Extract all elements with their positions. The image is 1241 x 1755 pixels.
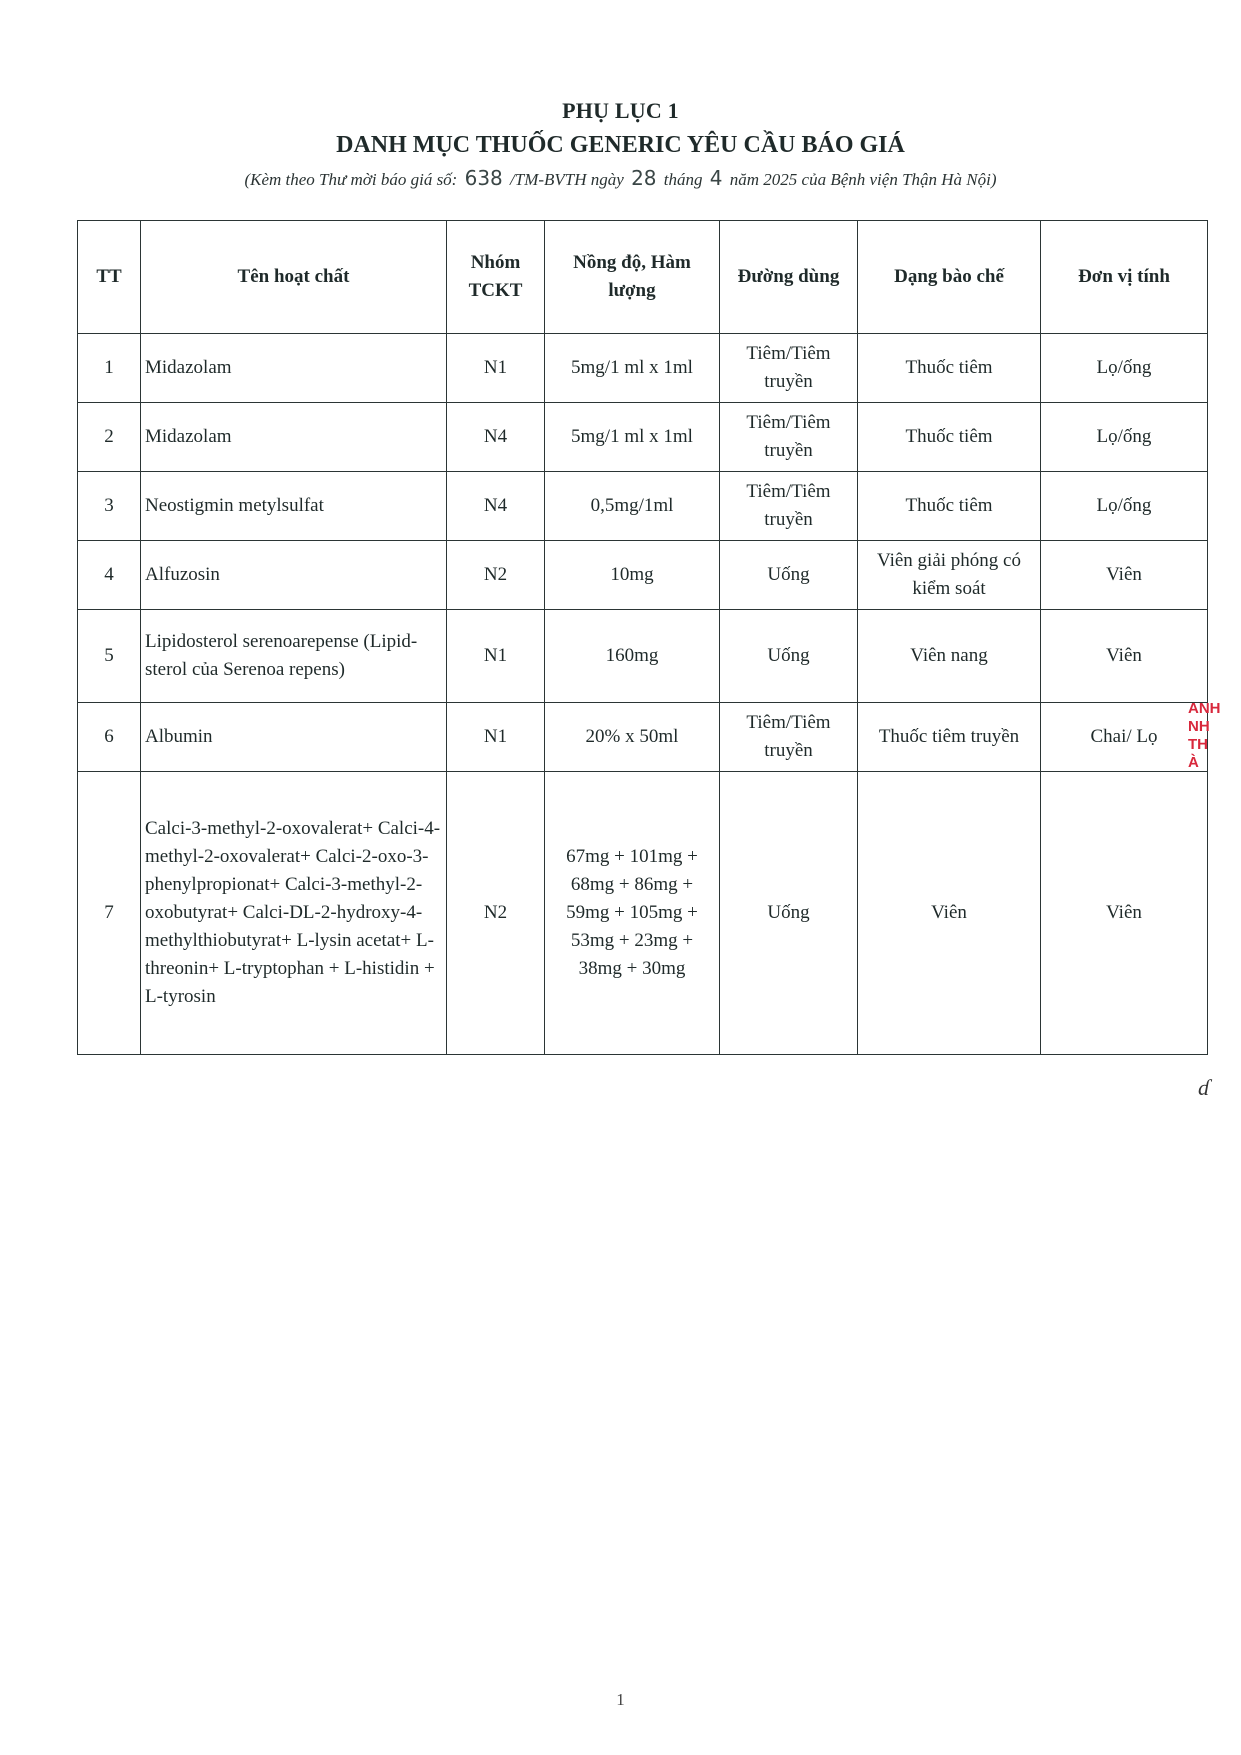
cell-dosage-form: Thuốc tiêm xyxy=(858,472,1041,541)
handwritten-initial: ɗ xyxy=(1198,1075,1209,1101)
cell-strength: 20% x 50ml xyxy=(545,703,720,772)
cell-tt: 7 xyxy=(78,772,141,1055)
cell-route: Tiêm/Tiêm truyền xyxy=(720,472,858,541)
subtitle-prefix: (Kèm theo Thư mời báo giá số: xyxy=(244,170,457,189)
cell-unit: Viên xyxy=(1041,610,1208,703)
cell-tt: 1 xyxy=(78,334,141,403)
drug-list-table: TT Tên hoạt chất Nhóm TCKT Nồng độ, Hàm … xyxy=(77,220,1208,1055)
cell-active-ingredient: Midazolam xyxy=(141,334,447,403)
cell-dosage-form: Viên nang xyxy=(858,610,1041,703)
cell-unit: Viên xyxy=(1041,772,1208,1055)
cell-dosage-form: Thuốc tiêm truyền xyxy=(858,703,1041,772)
document-subtitle: (Kèm theo Thư mời báo giá số: 638 /TM-BV… xyxy=(0,166,1241,190)
header-unit: Đơn vị tính xyxy=(1041,221,1208,334)
cell-route: Tiêm/Tiêm truyền xyxy=(720,403,858,472)
cell-group: N1 xyxy=(447,334,545,403)
cell-group: N2 xyxy=(447,541,545,610)
cell-dosage-form: Thuốc tiêm xyxy=(858,403,1041,472)
cell-active-ingredient: Midazolam xyxy=(141,403,447,472)
cell-strength: 67mg + 101mg + 68mg + 86mg + 59mg + 105m… xyxy=(545,772,720,1055)
cell-active-ingredient: Albumin xyxy=(141,703,447,772)
cell-active-ingredient: Alfuzosin xyxy=(141,541,447,610)
cell-route: Tiêm/Tiêm truyền xyxy=(720,334,858,403)
cell-route: Uống xyxy=(720,610,858,703)
table-row: 5Lipidosterol serenoarepense (Lipid-ster… xyxy=(78,610,1208,703)
cell-route: Tiêm/Tiêm truyền xyxy=(720,703,858,772)
cell-tt: 4 xyxy=(78,541,141,610)
cell-group: N4 xyxy=(447,472,545,541)
document-title: DANH MỤC THUỐC GENERIC YÊU CẦU BÁO GIÁ xyxy=(0,132,1241,159)
cell-tt: 6 xyxy=(78,703,141,772)
cell-route: Uống xyxy=(720,772,858,1055)
table-row: 1MidazolamN15mg/1 ml x 1mlTiêm/Tiêm truy… xyxy=(78,334,1208,403)
table-row: 3Neostigmin metylsulfatN40,5mg/1mlTiêm/T… xyxy=(78,472,1208,541)
cell-unit: Lọ/ống xyxy=(1041,334,1208,403)
table-row: 2MidazolamN45mg/1 ml x 1mlTiêm/Tiêm truy… xyxy=(78,403,1208,472)
handwritten-day: 28 xyxy=(628,166,659,190)
header-tt: TT xyxy=(78,221,141,334)
header-dosage-form: Dạng bào chế xyxy=(858,221,1041,334)
cell-group: N1 xyxy=(447,703,545,772)
cell-strength: 5mg/1 ml x 1ml xyxy=(545,403,720,472)
cell-dosage-form: Viên xyxy=(858,772,1041,1055)
cell-strength: 10mg xyxy=(545,541,720,610)
cell-unit: Lọ/ống xyxy=(1041,472,1208,541)
subtitle-part2: /TM-BVTH ngày xyxy=(510,170,624,189)
subtitle-suffix: năm 2025 của Bệnh viện Thận Hà Nội) xyxy=(730,170,997,189)
header-route: Đường dùng xyxy=(720,221,858,334)
red-stamp-fragment: ANH NH TH À xyxy=(1188,700,1218,772)
cell-group: N1 xyxy=(447,610,545,703)
cell-dosage-form: Viên giải phóng có kiểm soát xyxy=(858,541,1041,610)
handwritten-month: 4 xyxy=(707,166,726,190)
cell-unit: Chai/ Lọ xyxy=(1041,703,1208,772)
header-strength: Nồng độ, Hàm lượng xyxy=(545,221,720,334)
appendix-title: PHỤ LỤC 1 xyxy=(0,98,1241,124)
cell-tt: 5 xyxy=(78,610,141,703)
cell-group: N2 xyxy=(447,772,545,1055)
handwritten-number: 638 xyxy=(462,166,506,190)
cell-strength: 5mg/1 ml x 1ml xyxy=(545,334,720,403)
cell-active-ingredient: Lipidosterol serenoarepense (Lipid-stero… xyxy=(141,610,447,703)
table-header-row: TT Tên hoạt chất Nhóm TCKT Nồng độ, Hàm … xyxy=(78,221,1208,334)
cell-strength: 160mg xyxy=(545,610,720,703)
cell-unit: Viên xyxy=(1041,541,1208,610)
cell-active-ingredient: Neostigmin metylsulfat xyxy=(141,472,447,541)
table-row: 7Calci-3-methyl-2-oxovalerat+ Calci-4-me… xyxy=(78,772,1208,1055)
cell-active-ingredient: Calci-3-methyl-2-oxovalerat+ Calci-4-met… xyxy=(141,772,447,1055)
subtitle-part3: tháng xyxy=(664,170,703,189)
cell-group: N4 xyxy=(447,403,545,472)
page-number: 1 xyxy=(0,1690,1241,1710)
cell-dosage-form: Thuốc tiêm xyxy=(858,334,1041,403)
cell-route: Uống xyxy=(720,541,858,610)
cell-unit: Lọ/ống xyxy=(1041,403,1208,472)
table-row: 6AlbuminN120% x 50mlTiêm/Tiêm truyềnThuố… xyxy=(78,703,1208,772)
header-group: Nhóm TCKT xyxy=(447,221,545,334)
header-active-ingredient: Tên hoạt chất xyxy=(141,221,447,334)
cell-tt: 3 xyxy=(78,472,141,541)
cell-tt: 2 xyxy=(78,403,141,472)
cell-strength: 0,5mg/1ml xyxy=(545,472,720,541)
table-row: 4AlfuzosinN210mgUốngViên giải phóng có k… xyxy=(78,541,1208,610)
